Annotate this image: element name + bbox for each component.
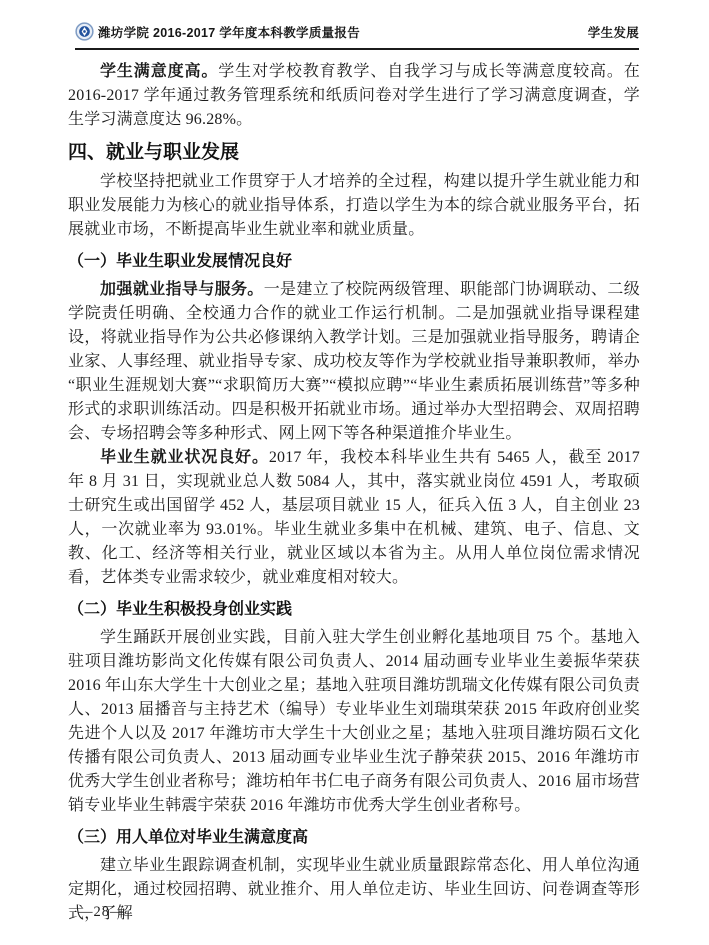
subsection-heading-entrepreneurship: （二）毕业生积极投身创业实践 bbox=[68, 599, 640, 621]
page-header: 潍坊学院 2016-2017 学年度本科教学质量报告 学生发展 bbox=[75, 22, 639, 50]
paragraph-lead: 毕业生就业状况良好。 bbox=[100, 449, 269, 466]
header-left-group: 潍坊学院 2016-2017 学年度本科教学质量报告 bbox=[75, 22, 360, 41]
paragraph-employment-guidance: 加强就业指导与服务。一是建立了校院两级管理、职能部门协调联动、二级学院责任明确、… bbox=[68, 278, 640, 446]
section-heading-employment: 四、就业与职业发展 bbox=[68, 141, 640, 165]
paragraph-employer-satisfaction: 建立毕业生跟踪调查机制，实现毕业生就业质量跟踪常态化、用人单位沟通定期化，通过校… bbox=[68, 854, 640, 926]
header-report-title: 潍坊学院 2016-2017 学年度本科教学质量报告 bbox=[98, 23, 360, 41]
paragraph-employment-status: 毕业生就业状况良好。2017 年，我校本科毕业生共有 5465 人，截至 201… bbox=[68, 446, 640, 590]
page-number: —28— bbox=[78, 904, 126, 921]
paragraph-lead: 学生满意度高。 bbox=[100, 63, 218, 80]
university-emblem-icon bbox=[75, 22, 94, 41]
document-content: 学生满意度高。学生对学校教育教学、自我学习与成长等满意度较高。在 2016-20… bbox=[68, 60, 640, 926]
paragraph-text: 一是建立了校院两级管理、职能部门协调联动、二级学院责任明确、全校通力合作的就业工… bbox=[68, 281, 640, 442]
header-section-label: 学生发展 bbox=[588, 23, 639, 41]
paragraph-text: 2017 年，我校本科毕业生共有 5465 人，截至 2017 年 8 月 31… bbox=[68, 449, 640, 586]
paragraph-entrepreneurship: 学生踊跃开展创业实践，目前入驻大学生创业孵化基地项目 75 个。基地入驻项目潍坊… bbox=[68, 626, 640, 818]
paragraph-text: 学生踊跃开展创业实践，目前入驻大学生创业孵化基地项目 75 个。基地入驻项目潍坊… bbox=[68, 629, 640, 814]
subsection-heading-employer-satisfaction: （三）用人单位对毕业生满意度高 bbox=[68, 827, 640, 849]
paragraph-section-intro: 学校坚持把就业工作贯穿于人才培养的全过程，构建以提升学生就业能力和职业发展能力为… bbox=[68, 170, 640, 242]
paragraph-text: 建立毕业生跟踪调查机制，实现毕业生就业质量跟踪常态化、用人单位沟通定期化，通过校… bbox=[68, 857, 640, 922]
paragraph-student-satisfaction: 学生满意度高。学生对学校教育教学、自我学习与成长等满意度较高。在 2016-20… bbox=[68, 60, 640, 132]
report-page: 潍坊学院 2016-2017 学年度本科教学质量报告 学生发展 学生满意度高。学… bbox=[0, 0, 709, 945]
subsection-heading-career-development: （一）毕业生职业发展情况良好 bbox=[68, 251, 640, 273]
paragraph-lead: 加强就业指导与服务。 bbox=[100, 281, 264, 298]
